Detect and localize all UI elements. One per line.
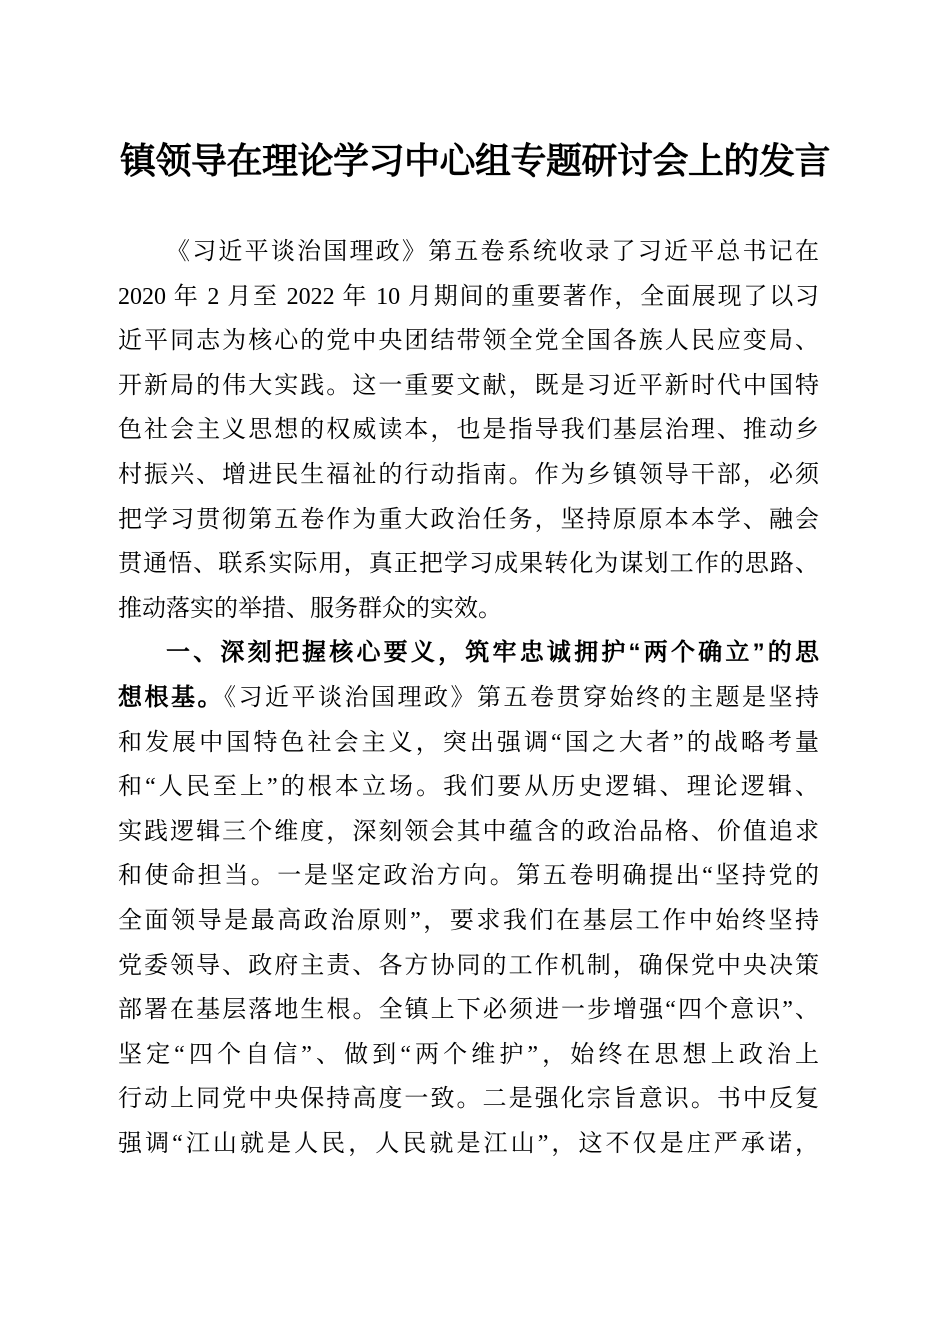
text-line: 和“人民至上”的根本立场。我们要从历史逻辑、理论逻辑、 [118,765,819,810]
text-line: 党委领导、政府主责、各方协同的工作机制，确保党中央决策 [118,944,819,989]
text-run: 贯通悟、联系实际用，真正把学习成果转化为谋划工作的思路、 [118,551,819,577]
text-line: 把学习贯彻第五卷作为重大政治任务，坚持原原本本学、融会 [118,498,819,543]
text-run: 和使命担当。一是坚定政治方向。第五卷明确提出“坚持党的 [118,863,819,889]
text-run: 实践逻辑三个维度，深刻领会其中蕴含的政治品格、价值追求 [118,819,819,845]
document-title: 镇领导在理论学习中心组专题研讨会上的发言 [0,141,950,181]
text-run: 2020 年 2 月至 2022 年 10 月期间的重要著作，全面展现了以习 [118,284,819,310]
text-run: 色社会主义思想的权威读本，也是指导我们基层治理、推动乡 [118,417,819,443]
bold-text-run: 想根基。 [118,684,224,711]
text-line: 2020 年 2 月至 2022 年 10 月期间的重要著作，全面展现了以习 [118,275,819,320]
text-run: 部署在基层落地生根。全镇上下必须进一步增强“四个意识”、 [118,997,819,1023]
text-line: 开新局的伟大实践。这一重要文献，既是习近平新时代中国特 [118,364,819,409]
text-run: 把学习贯彻第五卷作为重大政治任务，坚持原原本本学、融会 [118,507,819,533]
text-run: 全面领导是最高政治原则”，要求我们在基层工作中始终坚持 [118,908,819,934]
text-line: 和使命担当。一是坚定政治方向。第五卷明确提出“坚持党的 [118,854,819,899]
text-run: 坚定“四个自信”、做到“两个维护”，始终在思想上政治上 [118,1042,819,1068]
bold-text-run: 一、深刻把握核心要义，筑牢忠诚拥护“两个确立”的思 [166,639,819,666]
text-line: 《习近平谈治国理政》第五卷系统收录了习近平总书记在 [118,230,819,275]
text-run: 近平同志为核心的党中央团结带领全党全国各族人民应变局、 [118,328,819,354]
text-line: 强调“江山就是人民，人民就是江山”，这不仅是庄严承诺， [118,1122,819,1167]
text-line: 全面领导是最高政治原则”，要求我们在基层工作中始终坚持 [118,899,819,944]
text-line: 村振兴、增进民生福祉的行动指南。作为乡镇领导干部，必须 [118,453,819,498]
text-line: 贯通悟、联系实际用，真正把学习成果转化为谋划工作的思路、 [118,542,819,587]
document-page: 镇领导在理论学习中心组专题研讨会上的发言 《习近平谈治国理政》第五卷系统收录了习… [0,0,950,1344]
text-line: 行动上同党中央保持高度一致。二是强化宗旨意识。书中反复 [118,1077,819,1122]
text-line: 实践逻辑三个维度，深刻领会其中蕴含的政治品格、价值追求 [118,810,819,855]
text-line: 和发展中国特色社会主义，突出强调“国之大者”的战略考量 [118,721,819,766]
text-run: 和发展中国特色社会主义，突出强调“国之大者”的战略考量 [118,730,819,756]
text-run: 村振兴、增进民生福祉的行动指南。作为乡镇领导干部，必须 [118,462,819,488]
text-line: 推动落实的举措、服务群众的实效。 [118,587,819,632]
text-line: 一、深刻把握核心要义，筑牢忠诚拥护“两个确立”的思 [118,631,819,676]
text-line: 近平同志为核心的党中央团结带领全党全国各族人民应变局、 [118,319,819,364]
text-run: 《习近平谈治国理政》第五卷贯穿始终的主题是坚持 [224,685,819,711]
text-run: 强调“江山就是人民，人民就是江山”，这不仅是庄严承诺， [118,1131,819,1157]
text-line: 部署在基层落地生根。全镇上下必须进一步增强“四个意识”、 [118,988,819,1033]
text-line: 色社会主义思想的权威读本，也是指导我们基层治理、推动乡 [118,408,819,453]
document-body: 《习近平谈治国理政》第五卷系统收录了习近平总书记在2020 年 2 月至 202… [118,230,819,1166]
text-run: 和“人民至上”的根本立场。我们要从历史逻辑、理论逻辑、 [118,774,819,800]
text-line: 想根基。《习近平谈治国理政》第五卷贯穿始终的主题是坚持 [118,676,819,721]
text-run: 开新局的伟大实践。这一重要文献，既是习近平新时代中国特 [118,373,819,399]
text-run: 推动落实的举措、服务群众的实效。 [118,596,502,622]
text-run: 党委领导、政府主责、各方协同的工作机制，确保党中央决策 [118,953,819,979]
text-line: 坚定“四个自信”、做到“两个维护”，始终在思想上政治上 [118,1033,819,1078]
text-run: 行动上同党中央保持高度一致。二是强化宗旨意识。书中反复 [118,1086,819,1112]
text-run: 《习近平谈治国理政》第五卷系统收录了习近平总书记在 [166,239,819,265]
